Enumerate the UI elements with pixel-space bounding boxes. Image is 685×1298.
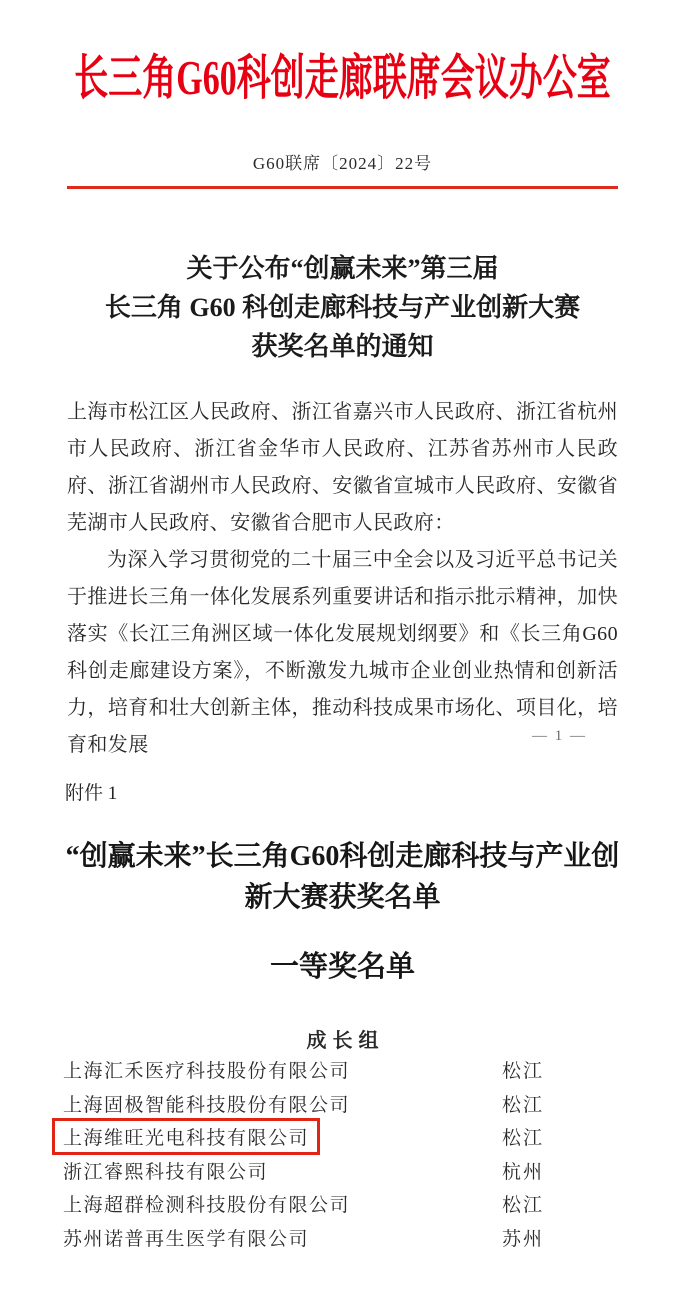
company-name: 上海固极智能科技股份有限公司 <box>63 1090 350 1117</box>
winner-row: 上海超群检测科技股份有限公司松江 <box>63 1187 544 1221</box>
winner-list: 上海汇禾医疗科技股份有限公司松江上海固极智能科技股份有限公司松江上海维旺光电科技… <box>63 1053 544 1254</box>
notice-title: 关于公布“创赢未来”第三届 长三角 G60 科创走廊科技与产业创新大赛 获奖名单… <box>0 249 685 366</box>
notice-title-line-2: 长三角 G60 科创走廊科技与产业创新大赛 <box>0 288 685 327</box>
first-prize-section-title: 一等奖名单 <box>0 944 685 985</box>
recipients-paragraph: 上海市松江区人民政府、浙江省嘉兴市人民政府、浙江省杭州市人民政府、浙江省金华市人… <box>67 394 618 542</box>
company-city: 松江 <box>502 1056 544 1083</box>
winner-row: 上海维旺光电科技有限公司松江 <box>63 1120 544 1154</box>
winner-row: 浙江睿熙科技有限公司杭州 <box>63 1154 544 1188</box>
notice-title-line-3: 获奖名单的通知 <box>0 327 685 366</box>
issuing-office-letterhead: 长三角G60科创走廊联席会议办公室 <box>0 49 685 111</box>
growth-group-title: 成长组 <box>0 1024 685 1053</box>
page-number: — 1 — <box>532 728 587 745</box>
notice-title-line-1: 关于公布“创赢未来”第三届 <box>0 249 685 288</box>
company-name: 上海汇禾医疗科技股份有限公司 <box>63 1056 350 1083</box>
company-name-highlighted: 上海维旺光电科技有限公司 <box>52 1118 320 1155</box>
company-city: 松江 <box>502 1190 544 1217</box>
document-number: G60联席〔2024〕22号 <box>0 149 685 174</box>
document-page: 长三角G60科创走廊联席会议办公室 G60联席〔2024〕22号 关于公布“创赢… <box>0 0 685 1298</box>
company-city: 杭州 <box>502 1157 544 1184</box>
company-city: 松江 <box>502 1123 544 1150</box>
red-divider-line <box>67 186 618 189</box>
attachment-label: 附件 1 <box>65 778 117 805</box>
company-city: 苏州 <box>502 1224 544 1251</box>
winner-row: 上海汇禾医疗科技股份有限公司松江 <box>63 1053 544 1087</box>
company-city: 松江 <box>502 1090 544 1117</box>
attachment-title-line-1: “创赢未来”长三角G60科创走廊科技与产业创 <box>0 836 685 877</box>
attachment-title: “创赢未来”长三角G60科创走廊科技与产业创 新大赛获奖名单 <box>0 836 685 918</box>
winner-row: 苏州诺普再生医学有限公司苏州 <box>63 1221 544 1255</box>
winner-row: 上海固极智能科技股份有限公司松江 <box>63 1087 544 1121</box>
company-name: 浙江睿熙科技有限公司 <box>63 1157 268 1184</box>
attachment-title-line-2: 新大赛获奖名单 <box>0 877 685 918</box>
company-name: 苏州诺普再生医学有限公司 <box>63 1224 309 1251</box>
company-name: 上海超群检测科技股份有限公司 <box>63 1190 350 1217</box>
